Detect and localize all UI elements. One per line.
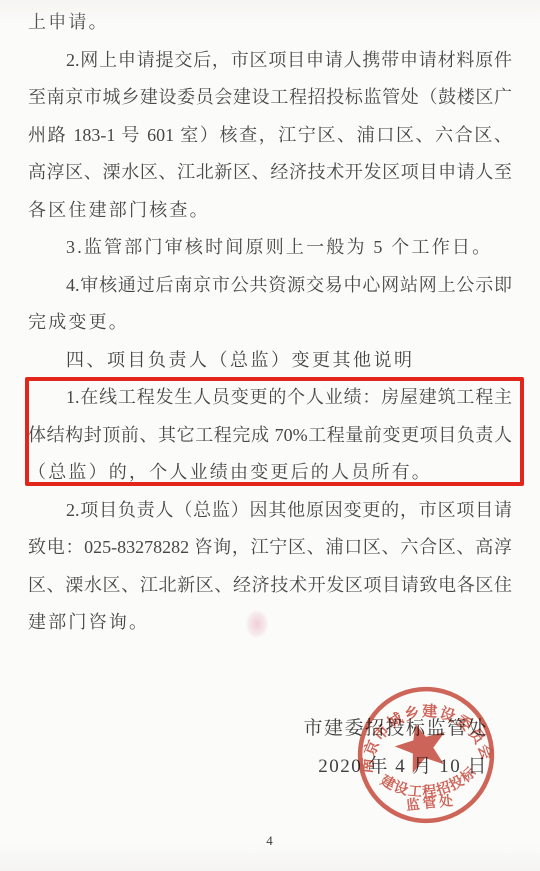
document-line: 州路 183-1 号 601 室）核查，江宁区、浦口区、六合区、 bbox=[28, 117, 512, 155]
document-line: 至南京市城乡建设委员会建设工程招投标监管处（鼓楼区广 bbox=[28, 79, 512, 117]
page-number: 4 bbox=[0, 833, 540, 849]
document-page: 上申请。2.网上申请提交后，市区项目申请人携带申请材料原件至南京市城乡建设委员会… bbox=[0, 0, 540, 871]
document-line: 上申请。 bbox=[28, 4, 512, 42]
highlight-box bbox=[25, 377, 524, 486]
document-line: 四、项目负责人（总监）变更其他说明 bbox=[28, 342, 512, 380]
document-text-block-2: 2.项目负责人（总监）因其他原因变更的，市区项目请致电：025-83278282… bbox=[0, 492, 540, 642]
document-line: 致电：025-83278282 咨询，江宁区、浦口区、六合区、高淳 bbox=[28, 529, 512, 567]
document-line: 3.监管部门审核时间原则上一般为 5 个工作日。 bbox=[28, 229, 512, 267]
document-line: 各区住建部门核查。 bbox=[28, 192, 512, 230]
document-line: 区、溧水区、江北新区、经济技术开发区项目请致电各区住 bbox=[28, 567, 512, 605]
document-line: 建部门咨询。 bbox=[28, 604, 512, 642]
document-line: 2.项目负责人（总监）因其他原因变更的，市区项目请 bbox=[28, 492, 512, 530]
document-line: 完成变更。 bbox=[28, 304, 512, 342]
official-seal: 南京市城乡建设委员会 建设工程招投标 监管处 bbox=[345, 677, 507, 834]
document-line: 4.审核通过后南京市公共资源交易中心网站网上公示即 bbox=[28, 267, 512, 305]
document-line: 高淳区、溧水区、江北新区、经济技术开发区项目申请人至 bbox=[28, 154, 512, 192]
document-line: 2.网上申请提交后，市区项目申请人携带申请材料原件 bbox=[28, 42, 512, 80]
ink-smudge bbox=[246, 610, 268, 638]
document-body: 上申请。2.网上申请提交后，市区项目申请人携带申请材料原件至南京市城乡建设委员会… bbox=[0, 4, 540, 642]
